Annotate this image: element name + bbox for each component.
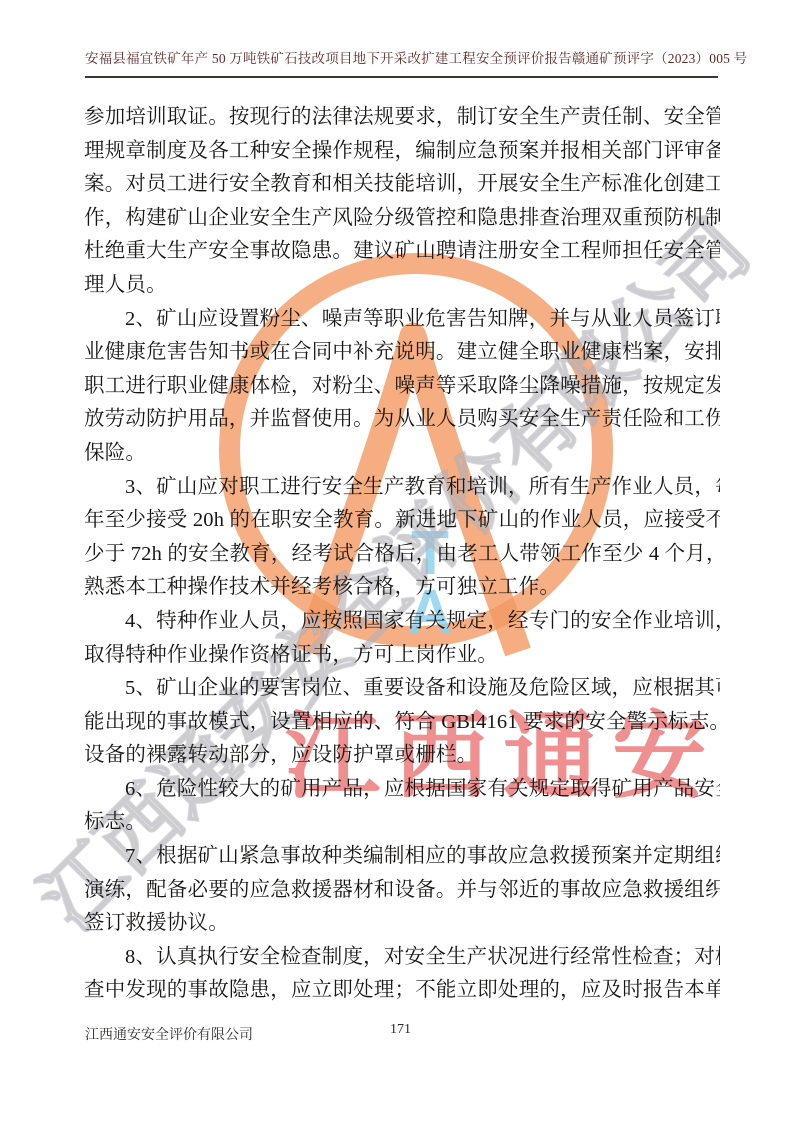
text-line: 理人员。 (84, 269, 720, 303)
paragraph: 2、矿山应设置粉尘、噪声等职业危害告知牌，并与从业人员签订职业健康危害告知书或在… (84, 303, 720, 471)
text-line: 8、认真执行安全检查制度，对安全生产状况进行经常性检查；对检 (84, 941, 720, 975)
text-line: 演练，配备必要的应急救援器材和设备。并与邻近的事故应急救援组织 (84, 874, 720, 908)
header-report-title: 安福县福宜铁矿年产 50 万吨铁矿石技改项目地下开采改扩建工程安全预评价报告 (85, 47, 572, 67)
text-line: 案。对员工进行安全教育和相关技能培训，开展安全生产标准化创建工 (84, 168, 720, 202)
paragraph: 6、危险性较大的矿用产品，应根据国家有关规定取得矿用产品安全标志。 (84, 773, 720, 840)
text-line: 7、根据矿山紧急事故种类编制相应的事故应急救援预案并定期组织 (84, 840, 720, 874)
text-line: 作，构建矿山企业安全生产风险分级管控和隐患排查治理双重预防机制， (84, 202, 720, 236)
text-line: 年至少接受 20h 的在职安全教育。新进地下矿山的作业人员，应接受不 (84, 504, 720, 538)
text-line: 放劳动防护用品，并监督使用。为从业人员购买安全生产责任险和工伤 (84, 403, 720, 437)
paragraph: 4、特种作业人员，应按照国家有关规定，经专门的安全作业培训，取得特种作业操作资格… (84, 605, 720, 672)
page-number: 171 (390, 1022, 411, 1038)
page-header: 安福县福宜铁矿年产 50 万吨铁矿石技改项目地下开采改扩建工程安全预评价报告 赣… (85, 47, 718, 67)
text-line: 保险。 (84, 437, 720, 471)
text-line: 参加培训取证。按现行的法律法规要求，制订安全生产责任制、安全管 (84, 101, 720, 135)
text-line: 标志。 (84, 806, 720, 840)
text-line: 熟悉本工种操作技术并经考核合格，方可独立工作。 (84, 571, 720, 605)
page-content: 安福县福宜铁矿年产 50 万吨铁矿石技改项目地下开采改扩建工程安全预评价报告 赣… (0, 0, 800, 1131)
text-line: 设备的裸露转动部分，应设防护罩或栅栏。 (84, 739, 720, 773)
text-line: 5、矿山企业的要害岗位、重要设备和设施及危险区域，应根据其可 (84, 672, 720, 706)
paragraph: 5、矿山企业的要害岗位、重要设备和设施及危险区域，应根据其可能出现的事故模式，设… (84, 672, 720, 773)
paragraph: 7、根据矿山紧急事故种类编制相应的事故应急救援预案并定期组织演练，配备必要的应急… (84, 840, 720, 941)
text-line: 3、矿山应对职工进行安全生产教育和培训，所有生产作业人员，每 (84, 471, 720, 505)
text-line: 业健康危害告知书或在合同中补充说明。建立健全职业健康档案，安排 (84, 336, 720, 370)
text-line: 查中发现的事故隐患，应立即处理；不能立即处理的，应及时报告本单 (84, 974, 720, 1008)
paragraph: 3、矿山应对职工进行安全生产教育和培训，所有生产作业人员，每年至少接受 20h … (84, 471, 720, 605)
text-line: 签订救援协议。 (84, 907, 720, 941)
text-line: 理规章制度及各工种安全操作规程，编制应急预案并报相关部门评审备 (84, 135, 720, 169)
report-page: TA 江西通安安全评价有限公司 江西通安 安福县福宜铁矿年产 50 万吨铁矿石技… (0, 0, 800, 1131)
header-doc-number: 赣通矿预评字（2023）005 号 (572, 47, 748, 67)
paragraph: 参加培训取证。按现行的法律法规要求，制订安全生产责任制、安全管理规章制度及各工种… (84, 101, 720, 303)
text-line: 6、危险性较大的矿用产品，应根据国家有关规定取得矿用产品安全 (84, 773, 720, 807)
paragraph: 8、认真执行安全检查制度，对安全生产状况进行经常性检查；对检查中发现的事故隐患，… (84, 941, 720, 1008)
text-line: 能出现的事故模式，设置相应的、符合 GBl4161 要求的安全警示标志。 (84, 706, 720, 740)
page-footer: 江西通安安全评价有限公司 171 (0, 1024, 800, 1048)
document-body: 参加培训取证。按现行的法律法规要求，制订安全生产责任制、安全管理规章制度及各工种… (84, 101, 720, 1008)
text-line: 职工进行职业健康体检，对粉尘、噪声等采取降尘降噪措施，按规定发 (84, 370, 720, 404)
text-line: 杜绝重大生产安全事故隐患。建议矿山聘请注册安全工程师担任安全管 (84, 235, 720, 269)
header-divider (85, 76, 718, 78)
text-line: 少于 72h 的安全教育，经考试合格后，由老工人带领工作至少 4 个月， (84, 538, 720, 572)
text-line: 2、矿山应设置粉尘、噪声等职业危害告知牌，并与从业人员签订职 (84, 303, 720, 337)
footer-company-name: 江西通安安全评价有限公司 (85, 1024, 253, 1044)
text-line: 取得特种作业操作资格证书，方可上岗作业。 (84, 639, 720, 673)
text-line: 4、特种作业人员，应按照国家有关规定，经专门的安全作业培训， (84, 605, 720, 639)
